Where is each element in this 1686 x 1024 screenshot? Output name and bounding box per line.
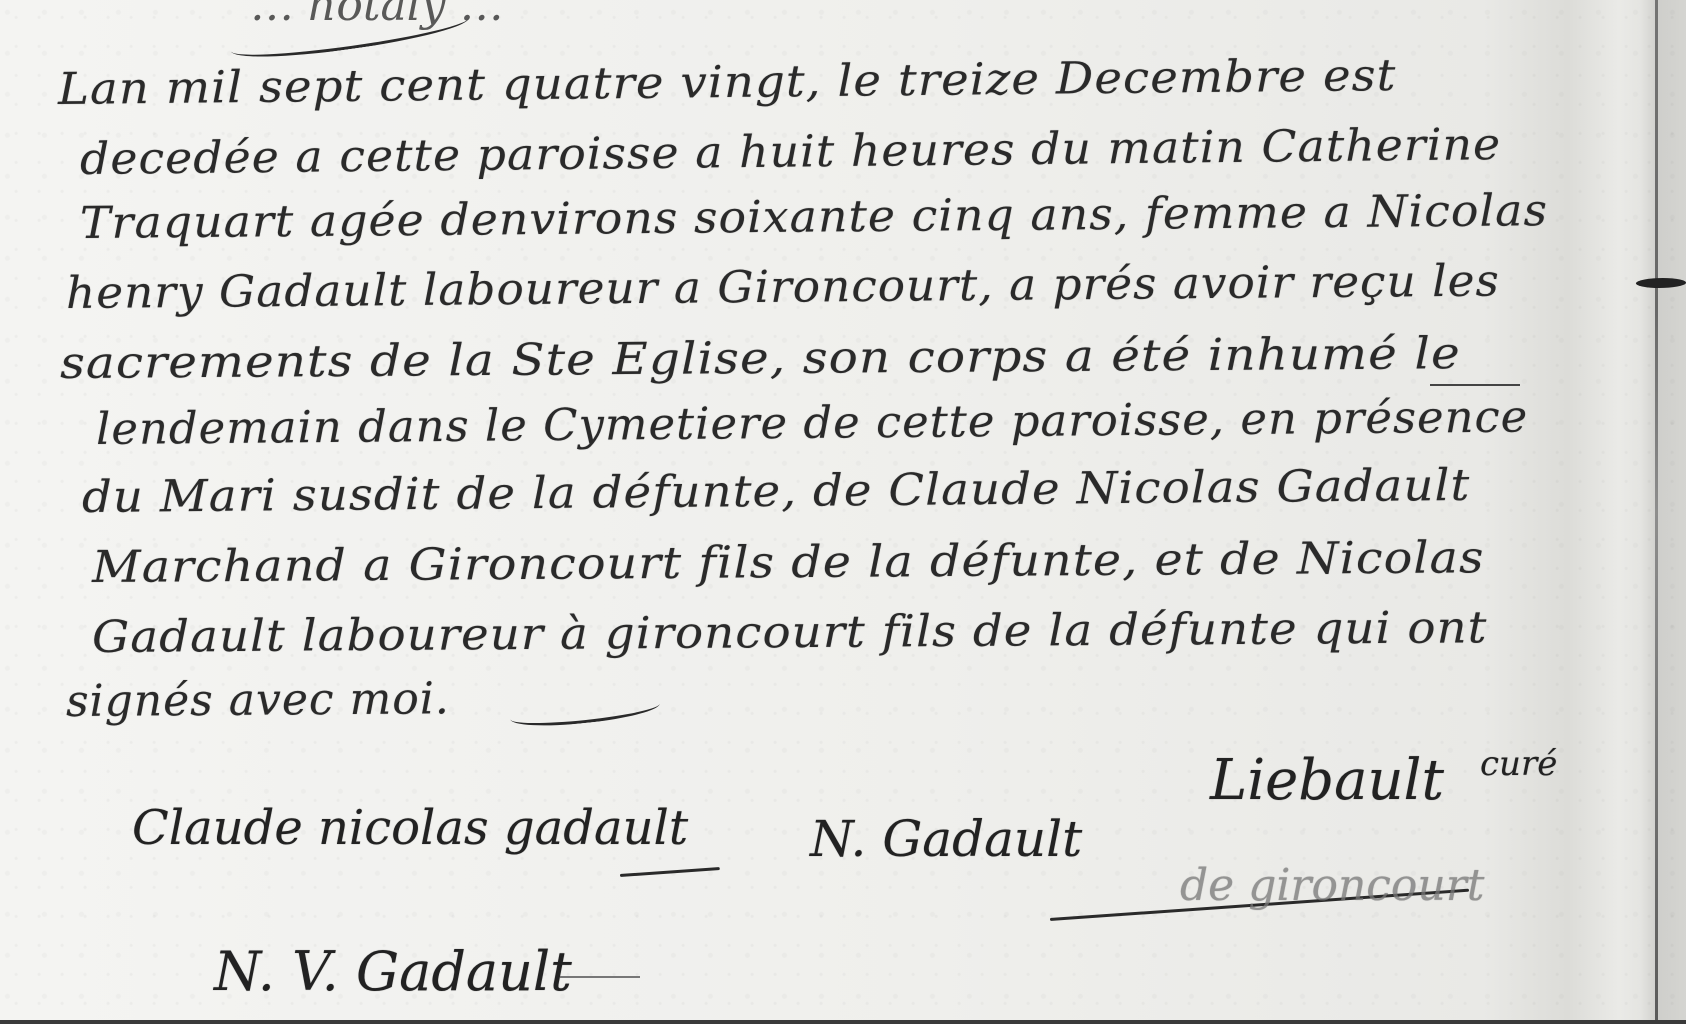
signature-dash	[560, 976, 640, 978]
signature-claude-nicolas-gadault: Claude nicolas gadault	[132, 800, 688, 856]
entry-line-8: Marchand a Gironcourt fils de la défunte…	[92, 532, 1485, 593]
signature-flourish	[620, 867, 720, 877]
signature-n-gadault: N. Gadault	[810, 810, 1082, 868]
signature-nv-gadault: N. V. Gadault	[214, 940, 572, 1003]
entry-line-3: Traquart agée denvirons soixante cinq an…	[80, 185, 1548, 249]
priest-title: curé	[1480, 744, 1557, 784]
entry-line-5: sacrements de la Ste Eglise, son corps a…	[60, 328, 1461, 389]
entry-line-2: decedée a cette paroisse a huit heures d…	[80, 119, 1502, 185]
line-filler-dash	[1430, 384, 1520, 386]
entry-line-6: lendemain dans le Cymetiere de cette par…	[96, 392, 1529, 455]
priest-place: de gironcourt	[1180, 860, 1484, 911]
entry-line-10: signés avec moi.	[66, 673, 450, 727]
entry-line-1: Lan mil sept cent quatre vingt, le treiz…	[58, 50, 1397, 115]
binding-shadow	[1640, 0, 1686, 1024]
entry-line-4: henry Gadault laboureur a Gironcourt, a …	[66, 255, 1500, 319]
entry-line-9: Gadault laboureur à gironcourt fils de l…	[92, 602, 1488, 663]
page-binding-edge	[1655, 0, 1658, 1024]
signature-priest: Liebault	[1210, 748, 1444, 813]
entry-line-7: du Mari susdit de la défunte, de Claude …	[82, 460, 1471, 523]
register-page: … hotaly … Lan mil sept cent quatre ving…	[0, 0, 1686, 1024]
closing-flourish	[509, 692, 661, 731]
scan-bottom-edge	[0, 1020, 1686, 1024]
